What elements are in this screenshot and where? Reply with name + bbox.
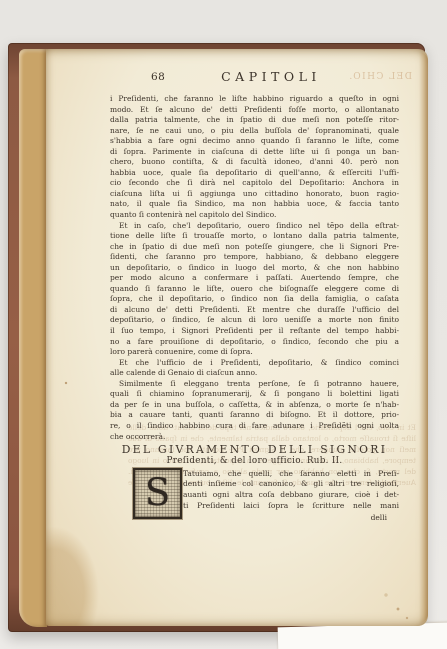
text-line: ſidenti, che ſaranno pro tempore, habbia… — [110, 252, 399, 263]
running-title: CAPITOLI — [181, 69, 361, 84]
text-line: da per ſe in una buſſola, o caſſetta, & … — [110, 400, 399, 411]
photo-backdrop: { "colors": { "backdrop": "#e9e7e3", "co… — [0, 0, 447, 649]
text-line: depoſitario, o ſindico, ſe alcun di loro… — [110, 315, 399, 326]
text-line: che in ſpatio di due meſi non poteſſe gi… — [110, 242, 399, 253]
text-line: per modo alcuno a confermare i paſſati. … — [110, 273, 399, 284]
text-line: un depoſitario, o ſindico in luogo del m… — [110, 263, 399, 274]
text-line: ti Preſidenti laici ſopra le ſcritture n… — [183, 501, 399, 512]
text-line: cio ſecondo che ſi dirà nel capitolo del… — [110, 178, 399, 189]
text-line: modo. Et ſe alcuno de' detti Preſidenti … — [110, 105, 399, 116]
text-line: Similmente ſi eleggano trenta perſone, ſ… — [110, 379, 399, 390]
text-line: ciaſcuna liſta ui ſi aggiunga uno cittad… — [110, 189, 399, 200]
woodcut-initial: S — [133, 468, 182, 519]
section-heading-line1: DEL GIVRAMENTO DELLI SIGNORI — [110, 444, 399, 456]
text-line: tione delle liſte ſi trouaſſe morto, o l… — [110, 231, 399, 242]
page-edges-gutter — [19, 49, 47, 627]
text-line: Et che l'ufficio de i Preſidenti, depoſi… — [110, 358, 399, 369]
page-fore-edge — [419, 52, 428, 623]
text-line: s'habbia a fare ogni decimo anno quando … — [110, 136, 399, 147]
text-line: auanti ogni altra coſa debbano giurare, … — [183, 490, 399, 501]
statute-paragraph: S Tatuiamo, che quelli, che ſaranno elet… — [110, 469, 399, 524]
text-line: ſopra, che il depoſitario, o ſindico non… — [110, 294, 399, 305]
statute-lines: Tatuiamo, che quelli, che ſaranno eletti… — [183, 469, 399, 512]
text-line: quanto ſi contenirà nel capitolo del Sin… — [110, 210, 399, 221]
text-line: denti inſieme col canonico, & gli altri … — [183, 479, 399, 490]
text-line: chero, buono contiſta, & di facultà idon… — [110, 157, 399, 168]
text-line: di alcuno de' detti Preſidenti. Et mentr… — [110, 305, 399, 316]
page-number: 68 — [151, 71, 165, 83]
text-line: nare, ſe ne caui uno, o piu della buſſol… — [110, 126, 399, 137]
text-line: che occorrerà. — [110, 432, 399, 443]
text-line: dalla patria talmente, che in ſpatio di … — [110, 115, 399, 126]
body-paragraph: i Preſidenti, che faranno le liſte habbi… — [110, 94, 399, 221]
text-line: Et in caſo, che'l depoſitario, ouero ſin… — [110, 221, 399, 232]
body-paragraph: Et che l'ufficio de i Preſidenti, depoſi… — [110, 358, 399, 379]
underlying-page-edge — [278, 623, 447, 649]
text-line: no a fare prouiſione di depoſitario, o ſ… — [110, 337, 399, 348]
text-line: loro parerà conuenire, come di ſopra. — [110, 347, 399, 358]
text-line: quando ſi faranno le liſte, ouero che bi… — [110, 284, 399, 295]
section-heading-line2: Preſidenti, & del loro ufficio. Rub. II. — [110, 456, 399, 467]
text-line: quali ſi chiamino ſopranumerarij, & ſi p… — [110, 389, 399, 400]
text-line: habbia uoce, quale ſia depoſitario di qu… — [110, 168, 399, 179]
text-line: il ſuo tempo, i Signori Preſidenti per i… — [110, 326, 399, 337]
text-line: re, o il ſindico habbino cura di fare ad… — [110, 421, 399, 432]
woodcut-initial-letter: S — [135, 470, 180, 517]
text-line: Tatuiamo, che quelli, che ſaranno eletti… — [183, 469, 399, 480]
body-paragraph: Et in caſo, che'l depoſitario, ouero ſin… — [110, 221, 399, 358]
text-line: alle calende di Genaio di ciaſcun anno. — [110, 368, 399, 379]
body-paragraphs: i Preſidenti, che faranno le liſte habbi… — [110, 94, 399, 442]
text-line: i Preſidenti, che faranno le liſte habbi… — [110, 94, 399, 105]
text-line: di ſopra. Parimente in ciaſcuna di dette… — [110, 147, 399, 158]
text-line: nato, il quale ſia Sindico, ma non habbi… — [110, 199, 399, 210]
body-paragraph: Similmente ſi eleggano trenta perſone, ſ… — [110, 379, 399, 442]
text-line: bia a cauare tanti, quanti ſaranno di bi… — [110, 410, 399, 421]
section-heading: DEL GIVRAMENTO DELLI SIGNORI Preſidenti,… — [110, 444, 399, 467]
text-column: i Preſidenti, che faranno le liſte habbi… — [110, 94, 399, 524]
